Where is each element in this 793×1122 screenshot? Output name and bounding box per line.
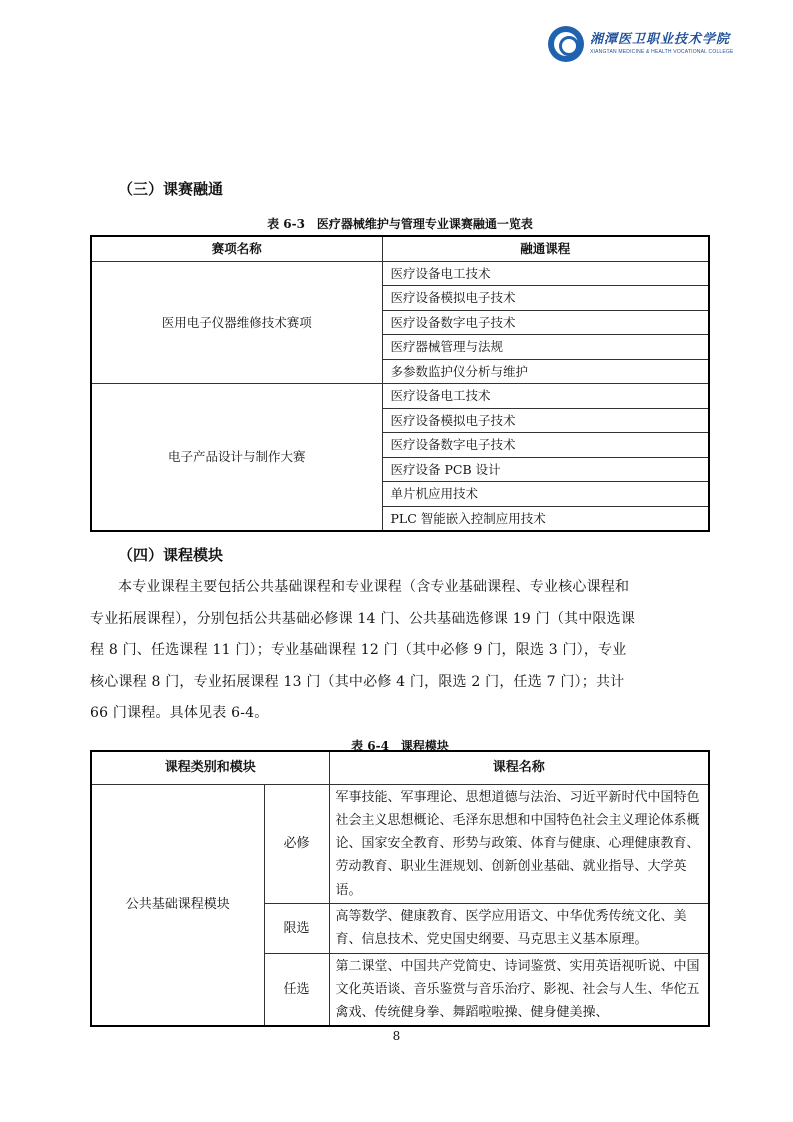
table-header-row: 课程类别和模块 课程名称 [91, 751, 709, 784]
paragraph-line: 66 门课程。具体见表 6-4。 [90, 698, 712, 730]
competition-integration-table: 赛项名称 融通课程 医用电子仪器维修技术赛项 医疗设备电工技术 医疗设备模拟电子… [90, 235, 710, 532]
course-modules-table: 课程类别和模块 课程名称 公共基础课程模块 必修 军事技能、军事理论、思想道德与… [90, 750, 710, 1027]
college-name-en: XIANGTAN MEDICINE & HEALTH VOCATIONAL CO… [590, 48, 734, 56]
column-header-course-names: 课程名称 [329, 751, 709, 784]
course-cell: 医疗设备模拟电子技术 [382, 286, 709, 311]
course-type-cell: 任选 [264, 953, 329, 1026]
table-row: 医用电子仪器维修技术赛项 医疗设备电工技术 [91, 261, 709, 286]
column-header-courses: 融通课程 [382, 236, 709, 261]
paragraph-line: 本专业课程主要包括公共基础课程和专业课程（含专业基础课程、专业核心课程和 [90, 572, 712, 604]
table-row: 电子产品设计与制作大赛 医疗设备电工技术 [91, 384, 709, 409]
column-header-competition: 赛项名称 [91, 236, 382, 261]
college-name-cn: 湘潭医卫职业技术学院 [590, 32, 734, 48]
course-cell: 医疗设备电工技术 [382, 384, 709, 409]
course-type-cell: 限选 [264, 903, 329, 953]
course-type-cell: 必修 [264, 784, 329, 903]
competition-name: 电子产品设计与制作大赛 [91, 384, 382, 532]
paragraph-line: 专业拓展课程），分别包括公共基础必修课 14 门、公共基础选修课 19 门（其中… [90, 604, 712, 636]
course-cell: 医疗器械管理与法规 [382, 335, 709, 360]
course-modules-paragraph: 本专业课程主要包括公共基础课程和专业课程（含专业基础课程、专业核心课程和 专业拓… [90, 572, 712, 730]
college-emblem-icon [548, 26, 584, 62]
course-cell: 医疗设备数字电子技术 [382, 310, 709, 335]
competition-name: 医用电子仪器维修技术赛项 [91, 261, 382, 384]
section-heading-course-modules: （四）课程模块 [118, 544, 223, 565]
page-number: 8 [0, 1029, 793, 1043]
course-cell: 单片机应用技术 [382, 482, 709, 507]
course-names-cell: 高等数学、健康教育、医学应用语文、中华优秀传统文化、美育、信息技术、党史国史纲要… [329, 903, 709, 953]
table-6-3-caption: 表 6-3 医疗器械维护与管理专业课赛融通一览表 [90, 215, 710, 232]
college-logo: 湘潭医卫职业技术学院 XIANGTAN MEDICINE & HEALTH VO… [548, 24, 788, 64]
course-cell: 医疗设备模拟电子技术 [382, 408, 709, 433]
category-cell: 公共基础课程模块 [91, 784, 264, 1026]
course-cell: PLC 智能嵌入控制应用技术 [382, 506, 709, 531]
table-row: 公共基础课程模块 必修 军事技能、军事理论、思想道德与法治、习近平新时代中国特色… [91, 784, 709, 903]
section-heading-competition-integration: （三）课赛融通 [118, 178, 223, 199]
paragraph-line: 程 8 门、任选课程 11 门）；专业基础课程 12 门（其中必修 9 门，限选… [90, 635, 712, 667]
college-name: 湘潭医卫职业技术学院 XIANGTAN MEDICINE & HEALTH VO… [590, 32, 734, 56]
course-cell: 多参数监护仪分析与维护 [382, 359, 709, 384]
column-header-category: 课程类别和模块 [91, 751, 329, 784]
course-cell: 医疗设备数字电子技术 [382, 433, 709, 458]
paragraph-line: 核心课程 8 门，专业拓展课程 13 门（其中必修 4 门，限选 2 门，任选 … [90, 667, 712, 699]
course-names-cell: 军事技能、军事理论、思想道德与法治、习近平新时代中国特色社会主义思想概论、毛泽东… [329, 784, 709, 903]
course-cell: 医疗设备电工技术 [382, 261, 709, 286]
course-cell: 医疗设备 PCB 设计 [382, 457, 709, 482]
table-header-row: 赛项名称 融通课程 [91, 236, 709, 261]
course-names-cell: 第二课堂、中国共产党简史、诗词鉴赏、实用英语视听说、中国文化英语谈、音乐鉴赏与音… [329, 953, 709, 1026]
